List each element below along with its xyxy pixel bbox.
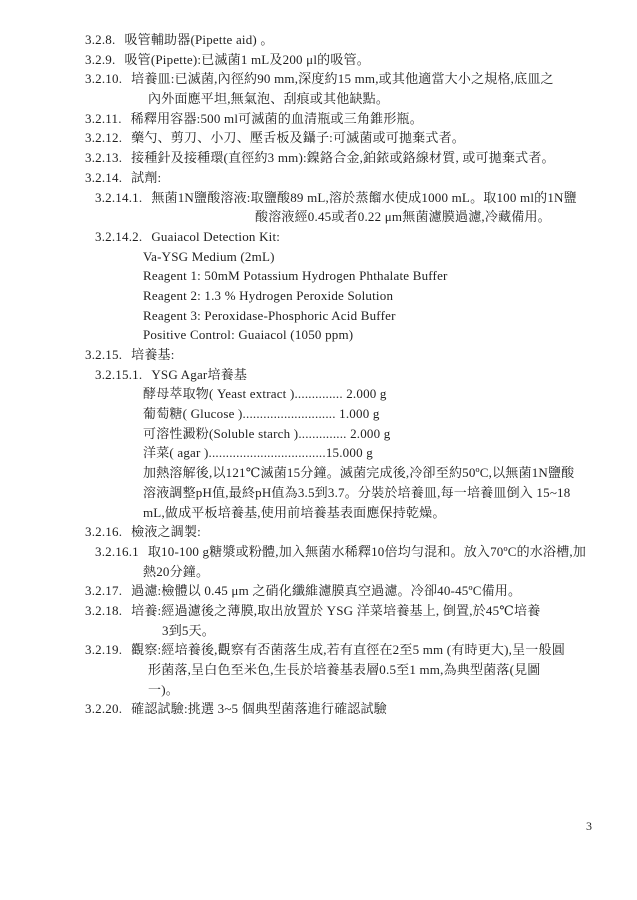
reagent-list-item: Reagent 3: Peroxidase-Phosphoric Acid Bu…: [0, 306, 637, 326]
clause-text: Reagent 1: 50mM Potassium Hydrogen Phtha…: [143, 268, 448, 283]
clause-text: 吸管輔助器(Pipette aid) 。: [124, 32, 273, 47]
clause-text: 加熱溶解後,以121℃滅菌15分鐘。滅菌完成後,冷卻至約50ºC,以無菌1N鹽酸: [143, 465, 574, 480]
clause-text: 溶液調整pH值,最終pH值為3.5到3.7。分裝於培養皿,每一培養皿倒入 15~…: [143, 485, 570, 500]
clause-text: Reagent 3: Peroxidase-Phosphoric Acid Bu…: [143, 308, 396, 323]
clause-text: 吸管(Pipette):已滅菌1 mL及200 μl的吸管。: [124, 52, 370, 67]
doc-line-continuation: 加熱溶解後,以121℃滅菌15分鐘。滅菌完成後,冷卻至約50ºC,以無菌1N鹽酸: [0, 463, 637, 483]
clause-text: 過濾:檢體以 0.45 μm 之硝化纖維濾膜真空過濾。冷卻40-45ºC備用。: [131, 583, 521, 598]
doc-line-continuation: mL,做成平板培養基,使用前培養基表面應保持乾燥。: [0, 503, 637, 523]
clause-text: 一)。: [148, 682, 179, 697]
clause-text: 試劑:: [131, 170, 161, 185]
media-ingredient-item: 洋菜( agar )..............................…: [0, 443, 637, 463]
doc-line-continuation: 酸溶液經0.45或者0.22 μm無菌濾膜過濾,冷藏備用。: [0, 207, 637, 227]
doc-line: 3.2.19.觀察:經培養後,觀察有否菌落生成,若有直徑在2至5 mm (有時更…: [0, 640, 637, 660]
clause-number: 3.2.8.: [85, 30, 115, 50]
clause-number: 3.2.10.: [85, 69, 122, 89]
clause-number: 3.2.12.: [85, 128, 122, 148]
doc-line-continuation: 熱20分鐘。: [0, 562, 637, 582]
clause-number: 3.2.17.: [85, 581, 122, 601]
doc-line: 3.2.13.接種針及接種環(直徑約3 mm):鎳鉻合金,鉑銥或鉻線材質, 或可…: [0, 148, 637, 168]
reagent-list-item: Reagent 1: 50mM Potassium Hydrogen Phtha…: [0, 266, 637, 286]
clause-text: Positive Control: Guaiacol (1050 ppm): [143, 327, 353, 342]
doc-line: 3.2.10.培養皿:已滅菌,內徑約90 mm,深度約15 mm,或其他適當大小…: [0, 69, 637, 89]
doc-line: 3.2.15.培養基:: [0, 345, 637, 365]
clause-text: 檢液之調製:: [131, 524, 201, 539]
doc-line: 3.2.16.1取10-100 g糖漿或粉體,加入無菌水稀釋10倍均勻混和。放入…: [0, 542, 637, 562]
clause-text: Reagent 2: 1.3 % Hydrogen Peroxide Solut…: [143, 288, 393, 303]
clause-text: Va-YSG Medium (2mL): [143, 249, 275, 264]
clause-text: 形菌落,呈白色至米色,生長於培養基表層0.5至1 mm,為典型菌落(見圖: [148, 662, 541, 677]
page-number: 3: [586, 819, 592, 834]
clause-text: 稀釋用容器:500 ml可滅菌的血清瓶或三角錐形瓶。: [131, 111, 423, 126]
reagent-list-item: Va-YSG Medium (2mL): [0, 247, 637, 267]
doc-line: 3.2.18.培養:經過濾後之薄膜,取出放置於 YSG 洋菜培養基上, 倒置,於…: [0, 601, 637, 621]
clause-text: 3到5天。: [162, 623, 215, 638]
doc-line-continuation: 內外面應平坦,無氣泡、刮痕或其他缺點。: [0, 89, 637, 109]
clause-text: 培養:經過濾後之薄膜,取出放置於 YSG 洋菜培養基上, 倒置,於45℃培養: [131, 603, 540, 618]
clause-text: 確認試驗:挑選 3~5 個典型菌落進行確認試驗: [131, 701, 387, 716]
clause-text: Guaiacol Detection Kit:: [151, 229, 280, 244]
clause-number: 3.2.18.: [85, 601, 122, 621]
doc-line: 3.2.9.吸管(Pipette):已滅菌1 mL及200 μl的吸管。: [0, 50, 637, 70]
clause-text: 取10-100 g糖漿或粉體,加入無菌水稀釋10倍均勻混和。放入70ºC的水浴槽…: [148, 544, 586, 559]
clause-text: 無菌1N鹽酸溶液:取鹽酸89 mL,溶於蒸餾水使成1000 mL。取100 ml…: [151, 190, 577, 205]
doc-line: 3.2.11.稀釋用容器:500 ml可滅菌的血清瓶或三角錐形瓶。: [0, 109, 637, 129]
reagent-list-item: Reagent 2: 1.3 % Hydrogen Peroxide Solut…: [0, 286, 637, 306]
reagent-list-item: Positive Control: Guaiacol (1050 ppm): [0, 325, 637, 345]
clause-text: YSG Agar培養基: [151, 367, 247, 382]
clause-text: 接種針及接種環(直徑約3 mm):鎳鉻合金,鉑銥或鉻線材質, 或可拋棄式者。: [131, 150, 555, 165]
doc-line: 3.2.17.過濾:檢體以 0.45 μm 之硝化纖維濾膜真空過濾。冷卻40-4…: [0, 581, 637, 601]
media-ingredient-item: 酵母萃取物( Yeast extract ).............. 2.0…: [0, 384, 637, 404]
doc-line: 3.2.14.2.Guaiacol Detection Kit:: [0, 227, 637, 247]
media-ingredient-item: 葡萄糖( Glucose )..........................…: [0, 404, 637, 424]
clause-number: 3.2.19.: [85, 640, 122, 660]
clause-text: 培養皿:已滅菌,內徑約90 mm,深度約15 mm,或其他適當大小之規格,底皿之: [131, 71, 554, 86]
doc-line: 3.2.16.檢液之調製:: [0, 522, 637, 542]
clause-text: 葡萄糖( Glucose )..........................…: [143, 406, 380, 421]
doc-line: 3.2.15.1.YSG Agar培養基: [0, 365, 637, 385]
clause-number: 3.2.14.1.: [95, 188, 142, 208]
doc-line-continuation: 一)。: [0, 680, 637, 700]
clause-text: 培養基:: [131, 347, 174, 362]
clause-number: 3.2.20.: [85, 699, 122, 719]
clause-text: 熱20分鐘。: [143, 564, 209, 579]
doc-line: 3.2.14.1.無菌1N鹽酸溶液:取鹽酸89 mL,溶於蒸餾水使成1000 m…: [0, 188, 637, 208]
doc-line: 3.2.12.藥勺、剪刀、小刀、壓舌板及鑷子:可滅菌或可拋棄式者。: [0, 128, 637, 148]
doc-line: 3.2.20.確認試驗:挑選 3~5 個典型菌落進行確認試驗: [0, 699, 637, 719]
document-body: 3.2.8.吸管輔助器(Pipette aid) 。 3.2.9.吸管(Pipe…: [0, 0, 637, 719]
clause-number: 3.2.11.: [85, 109, 122, 129]
clause-number: 3.2.13.: [85, 148, 122, 168]
document-page: 3.2.8.吸管輔助器(Pipette aid) 。 3.2.9.吸管(Pipe…: [0, 0, 637, 900]
clause-number: 3.2.15.: [85, 345, 122, 365]
clause-text: mL,做成平板培養基,使用前培養基表面應保持乾燥。: [143, 505, 446, 520]
doc-line-continuation: 溶液調整pH值,最終pH值為3.5到3.7。分裝於培養皿,每一培養皿倒入 15~…: [0, 483, 637, 503]
doc-line-continuation: 形菌落,呈白色至米色,生長於培養基表層0.5至1 mm,為典型菌落(見圖: [0, 660, 637, 680]
clause-number: 3.2.15.1.: [95, 365, 142, 385]
clause-number: 3.2.16.: [85, 522, 122, 542]
clause-text: 可溶性澱粉(Soluble starch ).............. 2.0…: [143, 426, 390, 441]
media-ingredient-item: 可溶性澱粉(Soluble starch ).............. 2.0…: [0, 424, 637, 444]
clause-text: 酸溶液經0.45或者0.22 μm無菌濾膜過濾,冷藏備用。: [255, 209, 551, 224]
clause-text: 內外面應平坦,無氣泡、刮痕或其他缺點。: [148, 91, 389, 106]
doc-line: 3.2.8.吸管輔助器(Pipette aid) 。: [0, 30, 637, 50]
doc-line-continuation: 3到5天。: [0, 621, 637, 641]
clause-number: 3.2.16.1: [95, 542, 139, 562]
clause-text: 藥勺、剪刀、小刀、壓舌板及鑷子:可滅菌或可拋棄式者。: [131, 130, 465, 145]
clause-text: 洋菜( agar )..............................…: [143, 445, 373, 460]
clause-number: 3.2.14.2.: [95, 227, 142, 247]
clause-text: 酵母萃取物( Yeast extract ).............. 2.0…: [143, 386, 387, 401]
doc-line: 3.2.14.試劑:: [0, 168, 637, 188]
clause-text: 觀察:經培養後,觀察有否菌落生成,若有直徑在2至5 mm (有時更大),呈一般圓: [131, 642, 565, 657]
clause-number: 3.2.14.: [85, 168, 122, 188]
clause-number: 3.2.9.: [85, 50, 115, 70]
